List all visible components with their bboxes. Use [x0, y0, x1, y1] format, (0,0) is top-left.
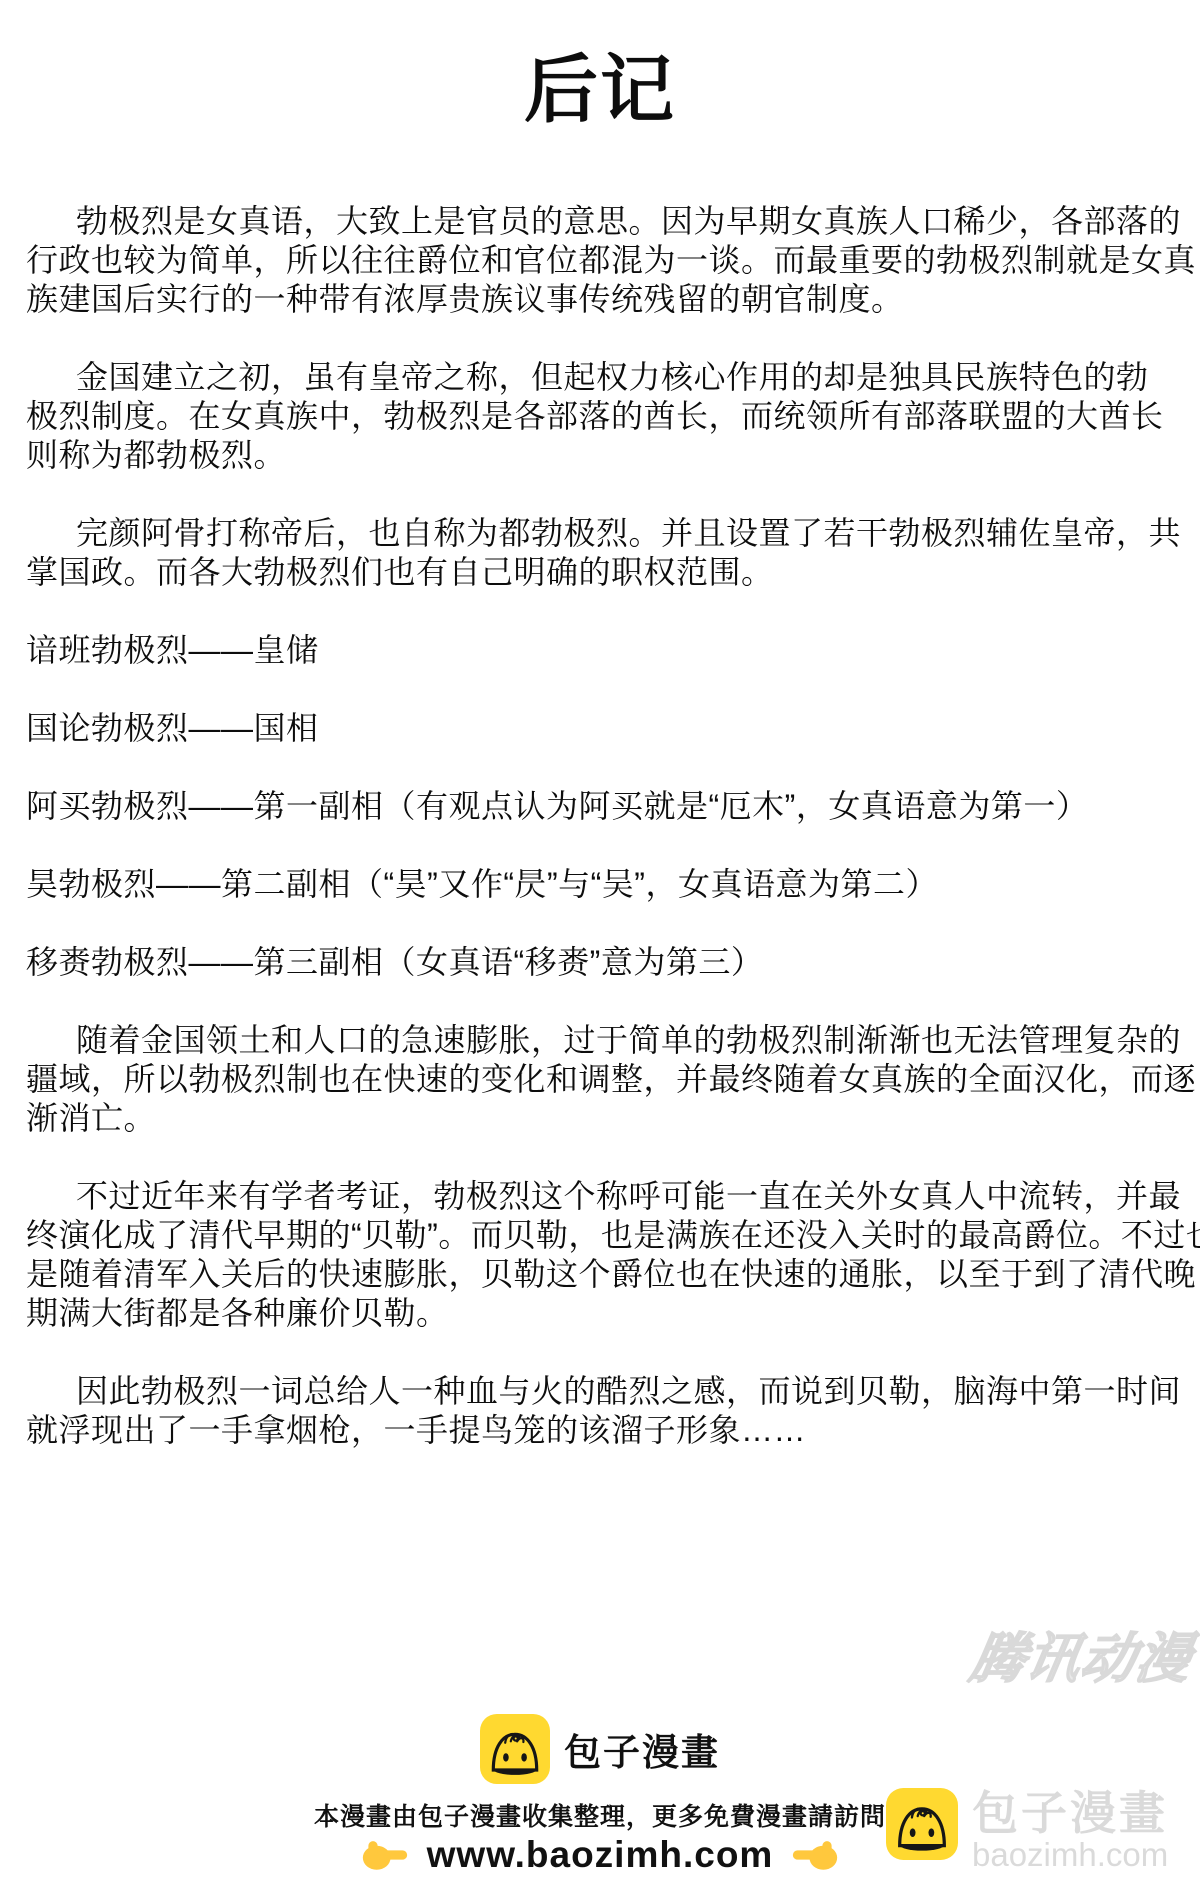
pointing-left-icon: [791, 1838, 839, 1872]
text-line: 金国建立之初，虽有皇帝之称，但起权力核心作用的却是独具民族特色的勃: [26, 358, 1174, 397]
text-line: 随着金国领土和人口的急速膨胀，过于简单的勃极烈制渐渐也无法管理复杂的: [26, 1021, 1174, 1060]
text-line: 就浮现出了一手拿烟枪，一手提鸟笼的该溜子形象……: [26, 1411, 1174, 1450]
list-item-second-vice: 昊勃极烈——第二副相（“昊”又作“昃”与“吴”，女真语意为第二）: [26, 865, 1174, 904]
baozi-logo-icon: [480, 1714, 550, 1784]
text-line: 移赉勃极烈——第三副相（女真语“移赉”意为第三）: [26, 943, 1174, 982]
list-item-chancellor: 国论勃极烈——国相: [26, 709, 1174, 748]
site-url[interactable]: www.baozimh.com: [427, 1834, 774, 1876]
afterword-page: 后记 勃极烈是女真语，大致上是官员的意思。因为早期女真族人口稀少，各部落的 行政…: [0, 0, 1200, 1897]
page-title: 后记: [0, 0, 1200, 133]
paragraph: 完颜阿骨打称帝后，也自称为都勃极烈。并且设置了若干勃极烈辅佐皇帝，共 掌国政。而…: [26, 514, 1174, 592]
tencent-comics-watermark: 腾讯动漫: [965, 1616, 1199, 1693]
text-line: 阿买勃极烈——第一副相（有观点认为阿买就是“厄木”，女真语意为第一）: [26, 787, 1174, 826]
list-item-crown-prince: 谙班勃极烈——皇储: [26, 631, 1174, 670]
text-line: 疆域，所以勃极烈制也在快速的变化和调整，并最终随着女真族的全面汉化，而逐: [26, 1060, 1174, 1099]
text-line: 族建国后实行的一种带有浓厚贵族议事传统残留的朝官制度。: [26, 280, 1174, 319]
text-line: 行政也较为简单，所以往往爵位和官位都混为一谈。而最重要的勃极烈制就是女真: [26, 241, 1174, 280]
paragraph: 因此勃极烈一词总给人一种血与火的酷烈之感，而说到贝勒，脑海中第一时间 就浮现出了…: [26, 1372, 1174, 1450]
pointing-right-icon: [361, 1838, 409, 1872]
paragraph: 勃极烈是女真语，大致上是官员的意思。因为早期女真族人口稀少，各部落的 行政也较为…: [26, 202, 1174, 319]
paragraph: 随着金国领土和人口的急速膨胀，过于简单的勃极烈制渐渐也无法管理复杂的 疆域，所以…: [26, 1021, 1174, 1138]
text-line: 国论勃极烈——国相: [26, 709, 1174, 748]
list-item-first-vice: 阿买勃极烈——第一副相（有观点认为阿买就是“厄木”，女真语意为第一）: [26, 787, 1174, 826]
afterword-text: 勃极烈是女真语，大致上是官员的意思。因为早期女真族人口稀少，各部落的 行政也较为…: [26, 202, 1174, 1450]
brand-name: 包子漫畫: [564, 1722, 720, 1776]
corner-brand-name: 包子漫畫: [972, 1788, 1168, 1838]
corner-brand-text: 包子漫畫 baozimh.com: [972, 1788, 1168, 1872]
list-item-third-vice: 移赉勃极烈——第三副相（女真语“移赉”意为第三）: [26, 943, 1174, 982]
corner-brand-url: baozimh.com: [972, 1838, 1168, 1872]
text-line: 掌国政。而各大勃极烈们也有自己明确的职权范围。: [26, 553, 1174, 592]
paragraph: 不过近年来有学者考证，勃极烈这个称呼可能一直在关外女真人中流转，并最 终演化成了…: [26, 1177, 1174, 1333]
text-line: 渐消亡。: [26, 1099, 1174, 1138]
text-line: 昊勃极烈——第二副相（“昊”又作“昃”与“吴”，女真语意为第二）: [26, 865, 1174, 904]
text-line: 因此勃极烈一词总给人一种血与火的酷烈之感，而说到贝勒，脑海中第一时间: [26, 1372, 1174, 1411]
text-line: 极烈制度。在女真族中，勃极烈是各部落的酋长，而统领所有部落联盟的大酋长: [26, 397, 1174, 436]
baozi-logo-icon: [886, 1788, 958, 1860]
text-line: 期满大街都是各种廉价贝勒。: [26, 1294, 1174, 1333]
text-line: 不过近年来有学者考证，勃极烈这个称呼可能一直在关外女真人中流转，并最: [26, 1177, 1174, 1216]
paragraph: 金国建立之初，虽有皇帝之称，但起权力核心作用的却是独具民族特色的勃 极烈制度。在…: [26, 358, 1174, 475]
text-line: 勃极烈是女真语，大致上是官员的意思。因为早期女真族人口稀少，各部落的: [26, 202, 1174, 241]
text-line: 则称为都勃极烈。: [26, 436, 1174, 475]
text-line: 谙班勃极烈——皇储: [26, 631, 1174, 670]
baozi-brand-row: 包子漫畫: [0, 1714, 1200, 1784]
baozimh-corner-watermark: 包子漫畫 baozimh.com: [886, 1788, 1168, 1872]
text-line: 终演化成了清代早期的“贝勒”。而贝勒，也是满族在还没入关时的最高爵位。不过也: [26, 1216, 1174, 1255]
text-line: 完颜阿骨打称帝后，也自称为都勃极烈。并且设置了若干勃极烈辅佐皇帝，共: [26, 514, 1174, 553]
text-line: 是随着清军入关后的快速膨胀，贝勒这个爵位也在快速的通胀，以至于到了清代晚: [26, 1255, 1174, 1294]
